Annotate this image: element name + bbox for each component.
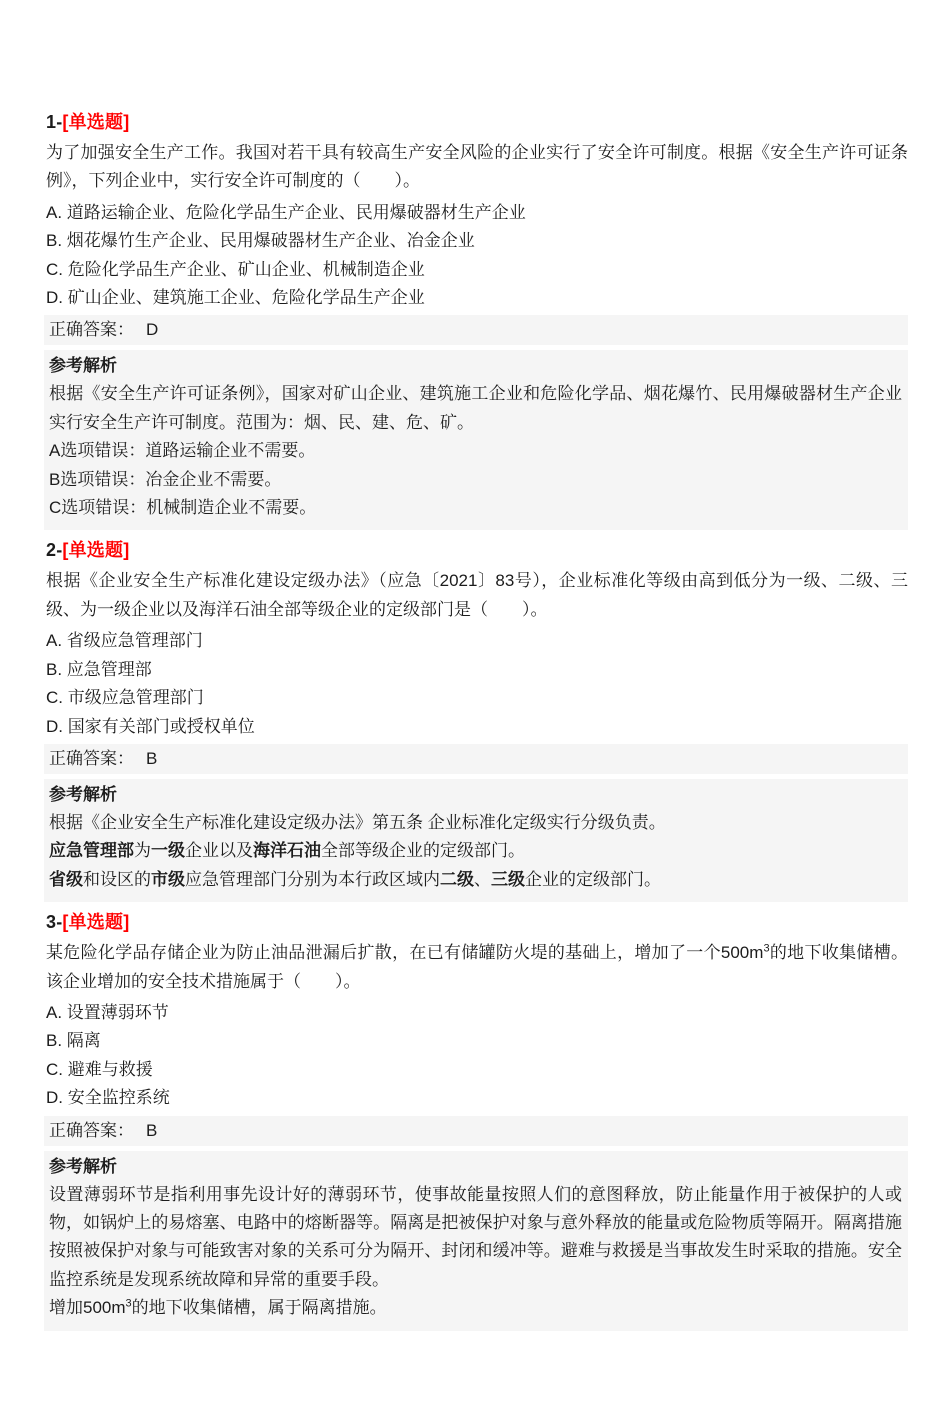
question-block: 1-[单选题]为了加强安全生产工作。我国对若干具有较高生产安全风险的企业实行了安… bbox=[44, 108, 908, 530]
text-segment: 设置薄弱环节是指利用事先设计好的薄弱环节，使事故能量按照人们的意图释放，防止能量… bbox=[49, 1185, 902, 1289]
question-block: 3-[单选题]某危险化学品存储企业为防止油品泄漏后扩散，在已有储罐防火堤的基础上… bbox=[44, 908, 908, 1330]
question-header: 1-[单选题] bbox=[46, 108, 908, 136]
text-segment: 全部等级企业的定级部门。 bbox=[321, 841, 525, 860]
question-type-tag: [单选题] bbox=[62, 112, 129, 132]
bold-text-segment: 省级 bbox=[49, 870, 83, 889]
options-list: A. 设置薄弱环节B. 隔离C. 避难与救援D. 安全监控系统 bbox=[44, 999, 908, 1113]
analysis-paragraph: 应急管理部为一级企业以及海洋石油全部等级企业的定级部门。 bbox=[49, 837, 902, 865]
option-item: D. 国家有关部门或授权单位 bbox=[46, 713, 908, 741]
option-item: A. 道路运输企业、危险化学品生产企业、民用爆破器材生产企业 bbox=[46, 199, 908, 227]
options-list: A. 省级应急管理部门B. 应急管理部C. 市级应急管理部门D. 国家有关部门或… bbox=[44, 627, 908, 741]
analysis-title: 参考解析 bbox=[49, 352, 902, 380]
options-list: A. 道路运输企业、危险化学品生产企业、民用爆破器材生产企业B. 烟花爆竹生产企… bbox=[44, 199, 908, 313]
answer-label: 正确答案： bbox=[49, 320, 134, 339]
text-segment: C选项错误：机械制造企业不需要。 bbox=[49, 498, 316, 517]
text-segment: 、 bbox=[474, 870, 491, 889]
text-segment: 应急管理部门分别为本行政区域内 bbox=[185, 870, 440, 889]
question-number: 2- bbox=[46, 540, 62, 560]
answer-row: 正确答案：B bbox=[44, 744, 908, 774]
question-stem: 根据《企业安全生产标准化建设定级办法》（应急〔2021〕83号），企业标准化等级… bbox=[46, 567, 908, 624]
bold-text-segment: 三级 bbox=[491, 870, 525, 889]
analysis-block: 参考解析根据《企业安全生产标准化建设定级办法》第五条 企业标准化定级实行分级负责… bbox=[44, 779, 908, 902]
option-item: C. 危险化学品生产企业、矿山企业、机械制造企业 bbox=[46, 256, 908, 284]
analysis-title: 参考解析 bbox=[49, 1153, 902, 1181]
text-segment: 的地下收集储槽，属于隔离措施。 bbox=[132, 1298, 387, 1317]
analysis-paragraph: 根据《安全生产许可证条例》，国家对矿山企业、建筑施工企业和危险化学品、烟花爆竹、… bbox=[49, 380, 902, 437]
text-segment: 企业以及 bbox=[185, 841, 253, 860]
text-segment: 增加500m bbox=[49, 1298, 126, 1317]
question-header: 3-[单选题] bbox=[46, 908, 908, 936]
bold-text-segment: 海洋石油 bbox=[253, 841, 321, 860]
exam-answer-page: 1-[单选题]为了加强安全生产工作。我国对若干具有较高生产安全风险的企业实行了安… bbox=[0, 0, 950, 1407]
option-item: C. 市级应急管理部门 bbox=[46, 684, 908, 712]
question-type-tag: [单选题] bbox=[62, 912, 129, 932]
analysis-paragraph: 省级和设区的市级应急管理部门分别为本行政区域内二级、三级企业的定级部门。 bbox=[49, 866, 902, 894]
question-number: 1- bbox=[46, 112, 62, 132]
answer-label: 正确答案： bbox=[49, 749, 134, 768]
answer-value: B bbox=[146, 1121, 157, 1140]
answer-row: 正确答案：B bbox=[44, 1116, 908, 1146]
answer-row: 正确答案：D bbox=[44, 315, 908, 345]
analysis-paragraph: A选项错误：道路运输企业不需要。 bbox=[49, 437, 902, 465]
analysis-paragraph: B选项错误：冶金企业不需要。 bbox=[49, 466, 902, 494]
option-item: A. 省级应急管理部门 bbox=[46, 627, 908, 655]
text-segment: 某危险化学品存储企业为防止油品泄漏后扩散，在已有储罐防火堤的基础上，增加了一个5… bbox=[46, 943, 763, 962]
text-segment: 根据《企业安全生产标准化建设定级办法》（应急〔2021〕83号），企业标准化等级… bbox=[46, 571, 908, 618]
text-segment: A选项错误：道路运输企业不需要。 bbox=[49, 441, 315, 460]
analysis-paragraph: C选项错误：机械制造企业不需要。 bbox=[49, 494, 902, 522]
option-item: C. 避难与救援 bbox=[46, 1056, 908, 1084]
question-list: 1-[单选题]为了加强安全生产工作。我国对若干具有较高生产安全风险的企业实行了安… bbox=[44, 108, 908, 1331]
option-item: D. 安全监控系统 bbox=[46, 1084, 908, 1112]
analysis-block: 参考解析根据《安全生产许可证条例》，国家对矿山企业、建筑施工企业和危险化学品、烟… bbox=[44, 350, 908, 530]
option-item: B. 烟花爆竹生产企业、民用爆破器材生产企业、冶金企业 bbox=[46, 227, 908, 255]
bold-text-segment: 二级 bbox=[440, 870, 474, 889]
text-segment: 为 bbox=[134, 841, 151, 860]
option-item: D. 矿山企业、建筑施工企业、危险化学品生产企业 bbox=[46, 284, 908, 312]
option-item: B. 应急管理部 bbox=[46, 656, 908, 684]
text-segment: 为了加强安全生产工作。我国对若干具有较高生产安全风险的企业实行了安全许可制度。根… bbox=[46, 143, 908, 190]
text-segment: 企业的定级部门。 bbox=[525, 870, 661, 889]
question-stem: 某危险化学品存储企业为防止油品泄漏后扩散，在已有储罐防火堤的基础上，增加了一个5… bbox=[46, 939, 908, 996]
question-type-tag: [单选题] bbox=[62, 540, 129, 560]
question-block: 2-[单选题]根据《企业安全生产标准化建设定级办法》（应急〔2021〕83号），… bbox=[44, 536, 908, 902]
answer-value: B bbox=[146, 749, 157, 768]
question-stem: 为了加强安全生产工作。我国对若干具有较高生产安全风险的企业实行了安全许可制度。根… bbox=[46, 139, 908, 196]
question-header: 2-[单选题] bbox=[46, 536, 908, 564]
analysis-block: 参考解析设置薄弱环节是指利用事先设计好的薄弱环节，使事故能量按照人们的意图释放，… bbox=[44, 1151, 908, 1331]
analysis-paragraph: 设置薄弱环节是指利用事先设计好的薄弱环节，使事故能量按照人们的意图释放，防止能量… bbox=[49, 1181, 902, 1295]
bold-text-segment: 市级 bbox=[151, 870, 185, 889]
bold-text-segment: 一级 bbox=[151, 841, 185, 860]
analysis-title: 参考解析 bbox=[49, 781, 902, 809]
option-item: A. 设置薄弱环节 bbox=[46, 999, 908, 1027]
answer-label: 正确答案： bbox=[49, 1121, 134, 1140]
analysis-paragraph: 根据《企业安全生产标准化建设定级办法》第五条 企业标准化定级实行分级负责。 bbox=[49, 809, 902, 837]
question-number: 3- bbox=[46, 912, 62, 932]
analysis-paragraph: 增加500m3的地下收集储槽，属于隔离措施。 bbox=[49, 1294, 902, 1322]
option-item: B. 隔离 bbox=[46, 1027, 908, 1055]
text-segment: B选项错误：冶金企业不需要。 bbox=[49, 470, 281, 489]
bold-text-segment: 应急管理部 bbox=[49, 841, 134, 860]
text-segment: 根据《企业安全生产标准化建设定级办法》第五条 企业标准化定级实行分级负责。 bbox=[49, 813, 666, 832]
text-segment: 根据《安全生产许可证条例》，国家对矿山企业、建筑施工企业和危险化学品、烟花爆竹、… bbox=[49, 384, 902, 431]
answer-value: D bbox=[146, 320, 158, 339]
text-segment: 和设区的 bbox=[83, 870, 151, 889]
